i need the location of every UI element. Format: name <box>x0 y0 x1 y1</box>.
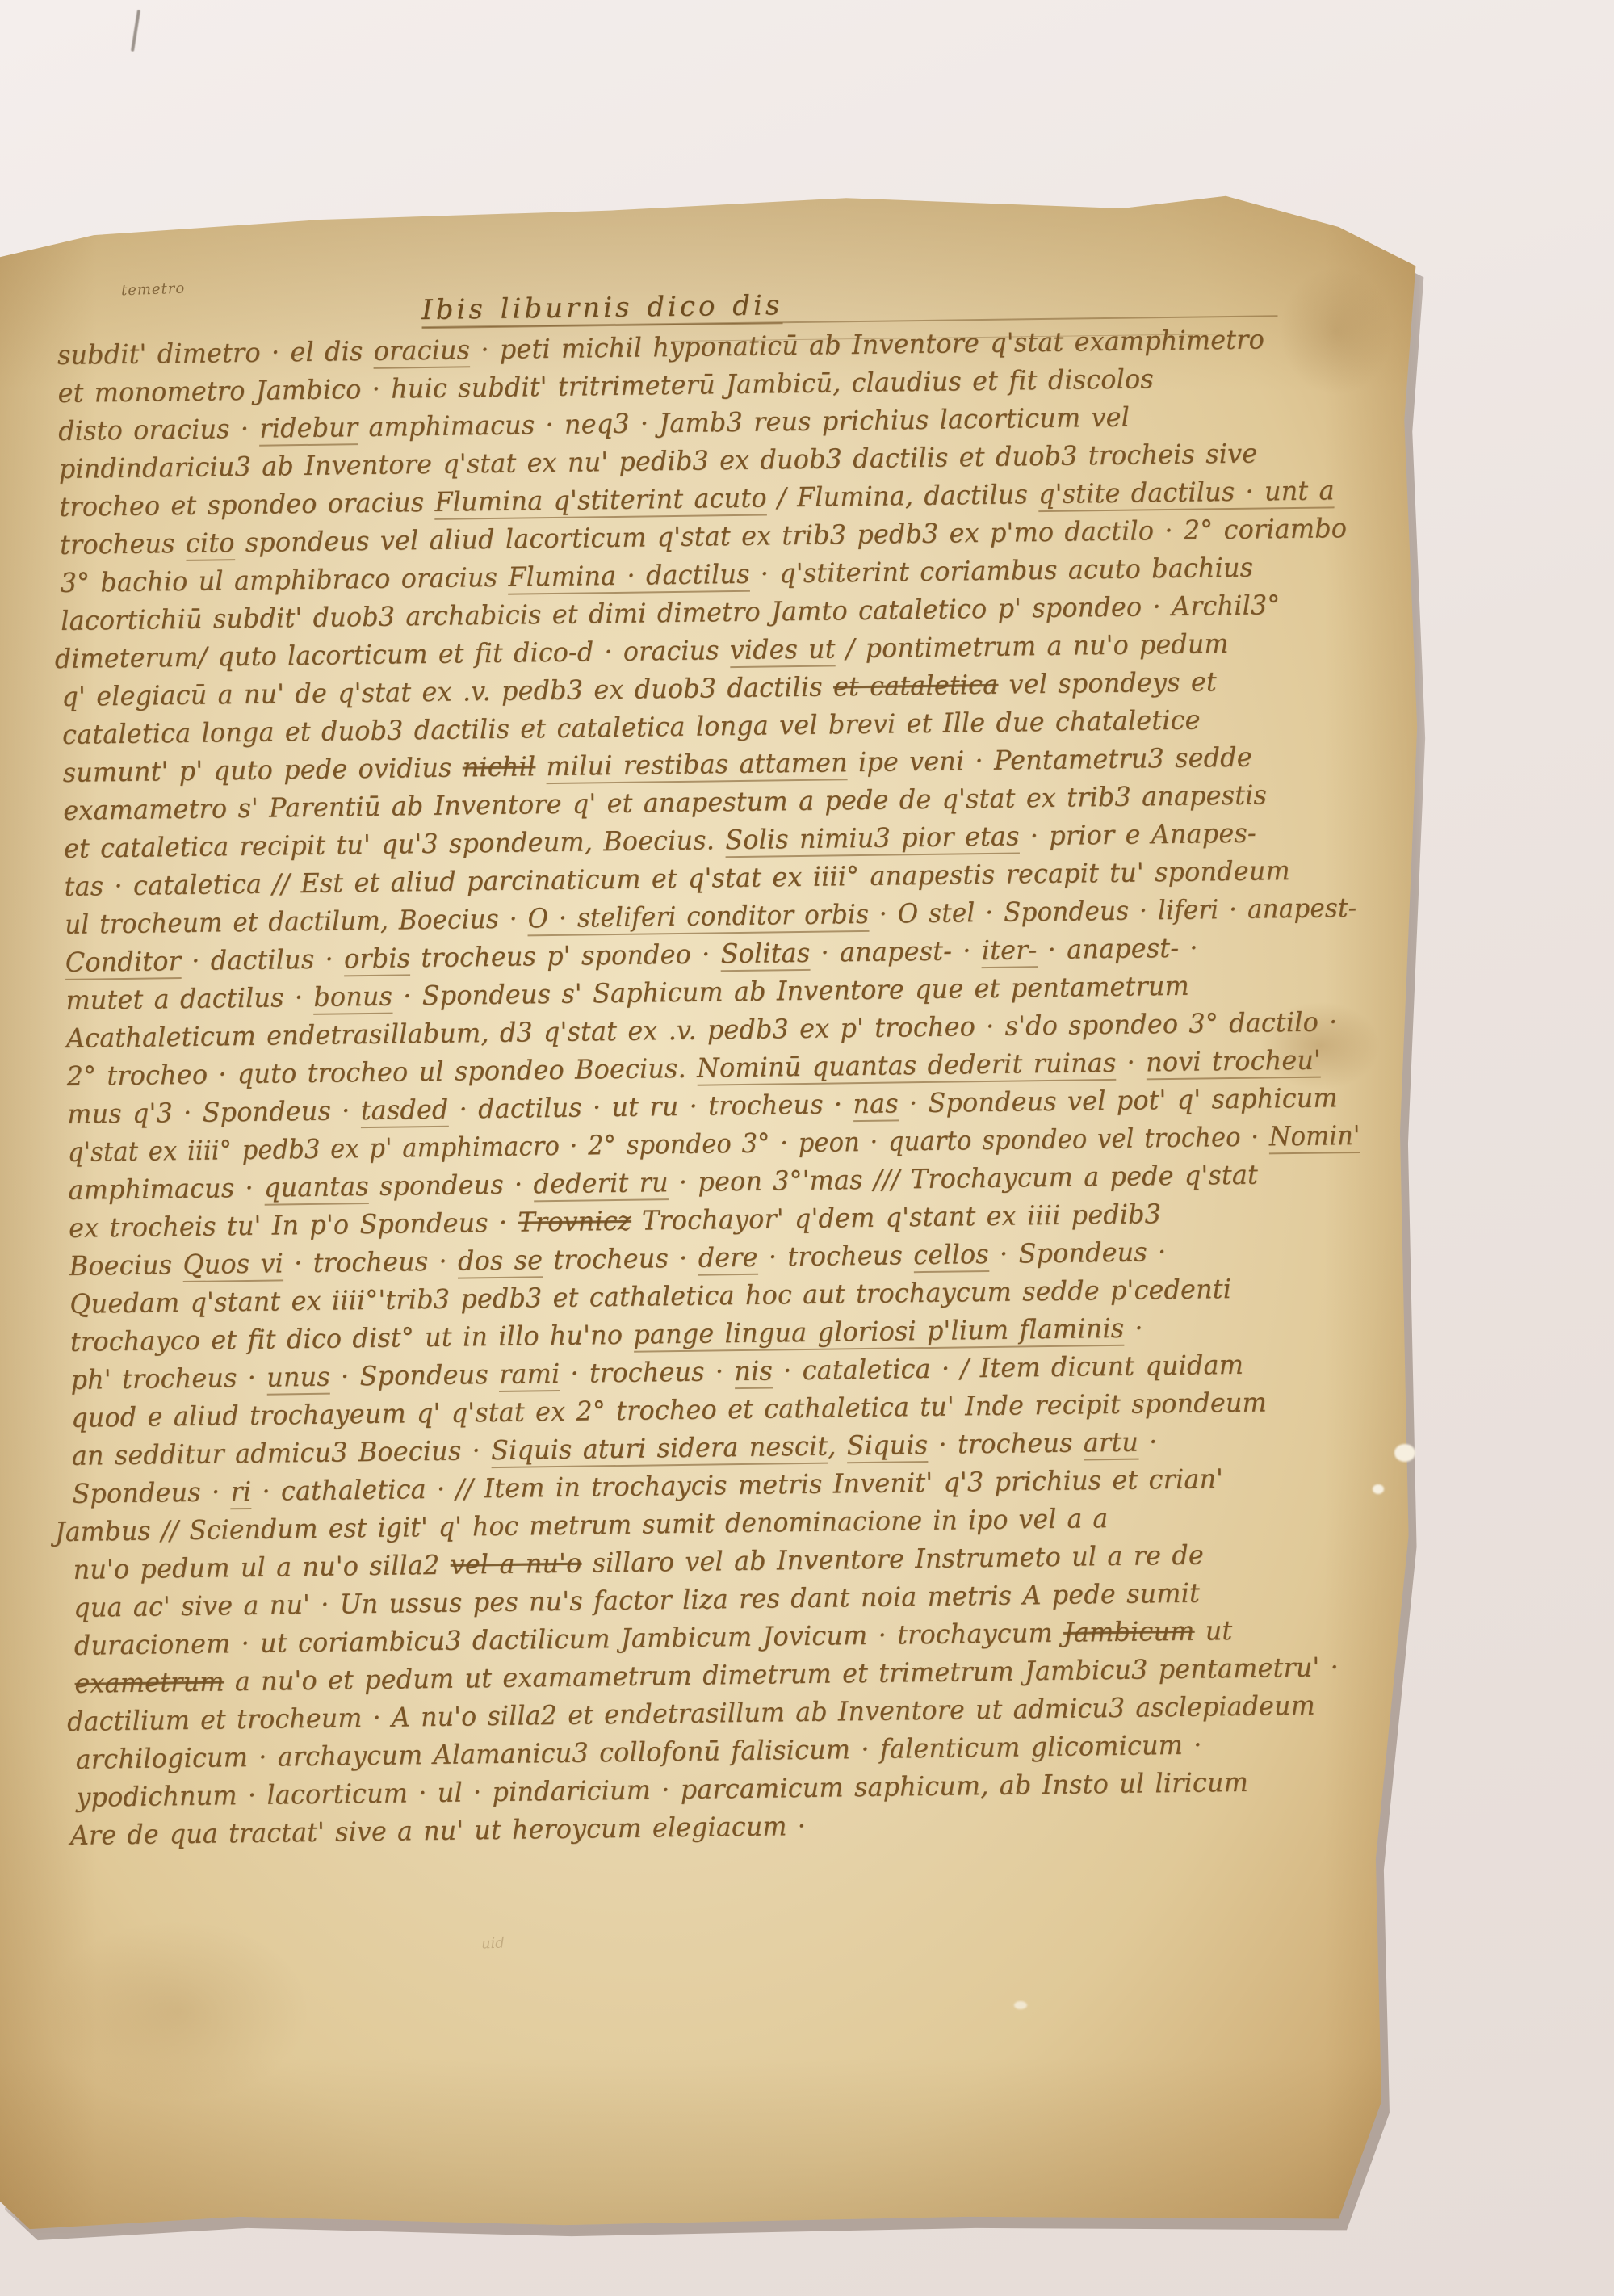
text-segment: · trocheus <box>757 1239 913 1273</box>
text-segment: mus q'3 · Spondeus · <box>67 1094 361 1130</box>
text-segment: trocheus p' spondeo · <box>410 938 721 973</box>
text-segment: et cataletica <box>833 669 999 703</box>
text-segment: orbis <box>344 942 411 976</box>
text-segment: vel spondeys et <box>998 665 1217 700</box>
text-segment: rami <box>499 1358 560 1392</box>
text-segment: disto oracius · <box>58 413 260 447</box>
parchment-fleck <box>1014 2001 1027 2009</box>
text-segment: dos se <box>458 1244 543 1278</box>
text-segment: artu <box>1083 1426 1138 1461</box>
text-segment: Flumina q'stiterint acuto <box>434 482 767 520</box>
text-segment: · <box>1124 1312 1143 1343</box>
text-segment: trochayco et fit dico dist° ut in illo h… <box>70 1319 634 1358</box>
text-segment: ul trocheum et dactilum, Boecius · <box>65 902 528 940</box>
text-segment: · O stel · Spondeus · liferi · anapest- <box>869 892 1357 930</box>
text-segment: · Spondeus · <box>989 1236 1167 1270</box>
text-segment: quantas <box>264 1170 369 1206</box>
text-segment: Nominū quantas dederit ruinas <box>697 1047 1117 1086</box>
text-segment: et cataletica recipit tu' qu'3 spondeum,… <box>64 824 726 864</box>
text-segment: vides ut <box>730 632 836 668</box>
text-segment: · cataletica · / Item dicunt quidam <box>773 1349 1244 1387</box>
text-block-lines: subdit' dimetro · el dis oracius · peti … <box>57 318 1417 1854</box>
text-segment: · trocheus · <box>560 1355 735 1389</box>
text-segment: 3° bachio ul amphibraco oracius <box>60 561 508 598</box>
text-segment: · anapest- · <box>1037 932 1198 966</box>
text-segment: · trocheus <box>928 1426 1084 1460</box>
text-segment: · anapest- · <box>810 934 982 968</box>
text-block: Ibis liburnis dico dis subdit' dimetro ·… <box>57 278 1417 1854</box>
text-segment: iter- <box>981 934 1037 968</box>
text-segment: cito <box>186 527 235 561</box>
photo-background: { "document": { "colors": { "ink": "#7a5… <box>0 0 1614 2296</box>
text-segment: dere <box>698 1241 758 1276</box>
text-segment: Boecius <box>69 1249 182 1282</box>
catchword: uid <box>481 1935 505 1953</box>
text-segment: pange lingua gloriosi p'lium flaminis <box>633 1312 1124 1353</box>
text-segment: amphimacus · <box>68 1172 264 1206</box>
text-segment: oracius <box>373 334 470 369</box>
text-segment: dimeterum/ quto lacorticum et fit dico-d… <box>55 634 730 674</box>
text-segment: mutet a dactilus · <box>65 981 313 1016</box>
text-segment: subdit' dimetro · el dis <box>57 335 374 371</box>
text-segment: Are de qua tractat' sive a nu' ut heroyc… <box>70 1810 806 1851</box>
text-segment: Nomin' <box>1269 1119 1360 1154</box>
background-fiber-mark <box>131 10 140 52</box>
text-segment: cellos <box>913 1238 989 1273</box>
text-segment: · <box>1138 1425 1158 1457</box>
text-segment: · Spondeus <box>330 1358 500 1392</box>
text-segment: sillaro vel ab Inventore Instrumeto ul a… <box>581 1539 1204 1579</box>
text-segment <box>535 750 547 782</box>
text-segment: · dactilus · ut ru · trocheus · <box>448 1088 853 1125</box>
text-segment: exametrum <box>74 1665 224 1698</box>
text-segment: ipe veni · Pentametru3 sedde <box>847 741 1251 779</box>
text-segment: bonus <box>313 980 392 1015</box>
text-segment: Trochayor' q'dem q'stant ex iiii pedib3 <box>631 1198 1162 1236</box>
text-segment: Spondeus · <box>72 1475 231 1509</box>
text-segment: nis <box>734 1355 773 1390</box>
text-segment: / pontimetrum a nu'o pedum <box>835 628 1229 664</box>
text-segment: ut <box>1194 1614 1232 1647</box>
text-segment: ridebur <box>259 411 358 447</box>
text-segment: Siquis <box>847 1429 929 1463</box>
text-segment: spondeus · <box>368 1168 533 1202</box>
text-segment: Solis nimiu3 pior etas <box>725 820 1020 858</box>
text-segment: Flumina · dactilus <box>508 558 750 595</box>
text-segment: nichil <box>462 750 535 783</box>
text-segment: amphimacus · neq3 · Jamb3 reus prichius … <box>358 401 1130 443</box>
text-segment: · q'stiterint coriambus acuto bachius <box>749 552 1253 590</box>
text-segment: vel a nu'o <box>450 1547 581 1580</box>
text-segment: · peon 3°'mas /// Trochaycum a pede q'st… <box>668 1159 1258 1198</box>
text-segment: · dactilus · <box>181 942 345 976</box>
text-segment: an sedditur admicu3 Boecius · <box>72 1434 492 1471</box>
text-segment: milui restibas attamen <box>546 746 848 784</box>
text-segment: , <box>828 1429 847 1461</box>
text-segment: Solitas <box>720 937 810 972</box>
text-segment: Conditor <box>65 945 182 980</box>
text-segment: sumunt' p' quto pede ovidius <box>62 751 462 787</box>
text-segment: ri <box>230 1475 251 1509</box>
text-segment: Trovnicz <box>518 1205 631 1238</box>
text-segment: / Flumina, dactilus <box>766 478 1038 513</box>
text-segment: nas <box>853 1087 899 1122</box>
text-segment: dederit ru <box>533 1166 669 1202</box>
text-segment: ph' trocheus · <box>70 1362 266 1396</box>
text-segment: unus <box>266 1361 330 1396</box>
text-segment: trocheus · <box>543 1242 698 1276</box>
text-segment: novi trocheu' <box>1146 1044 1321 1081</box>
text-segment: nu'o pedum ul a nu'o silla2 <box>73 1549 451 1585</box>
text-segment: trocheo et spondeo oracius <box>59 486 435 523</box>
text-segment: · trocheus · <box>283 1245 459 1279</box>
text-segment: Jambicum <box>1063 1615 1195 1648</box>
text-segment: O · steliferi conditor orbis <box>527 898 869 937</box>
text-segment: q' elegiacū a nu' de q'stat ex .v. pedb3… <box>61 670 833 712</box>
text-segment: · Spondeus vel pot' q' saphicum <box>899 1081 1338 1119</box>
text-segment: Quos vi <box>182 1247 283 1282</box>
text-segment: · prior e Anapes- <box>1019 817 1256 852</box>
text-segment: · <box>1116 1046 1146 1077</box>
text-segment: Siquis aturi sidera nescit <box>491 1430 828 1468</box>
text-segment: trocheus <box>60 527 186 560</box>
text-segment: ex trocheis tu' In p'o Spondeus · <box>69 1207 518 1244</box>
text-segment: 2° trocheo · quto trocheo ul spondeo Boe… <box>66 1052 697 1092</box>
text-segment: q'stite dactilus · unt a <box>1038 474 1335 512</box>
text-segment: tasded <box>360 1093 448 1128</box>
